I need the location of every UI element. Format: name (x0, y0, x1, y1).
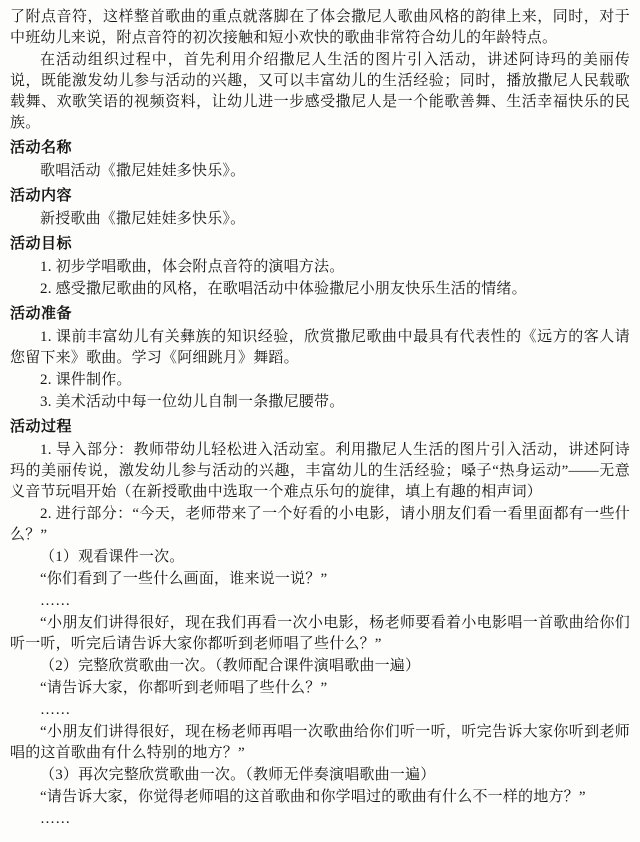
list-item: 2. 感受撒尼歌曲的风格，在歌唱活动中体验撒尼小朋友快乐生活的情绪。 (10, 279, 630, 300)
list-item: （3）再次完整欣赏歌曲一次。（教师无伴奏演唱歌曲一遍） (10, 765, 630, 786)
section-heading-activity-process: 活动过程 (10, 416, 630, 437)
dialogue-line: “你们看到了一些什么画面，谁来说一说？” (10, 569, 630, 590)
ellipsis-line: …… (10, 700, 630, 721)
list-item: （1）观看课件一次。 (10, 547, 630, 568)
paragraph: 新授歌曲《撒尼娃娃多快乐》。 (10, 209, 630, 230)
list-item: （2）完整欣赏歌曲一次。（教师配合课件演唱歌曲一遍） (10, 656, 630, 677)
list-item: 3. 美术活动中每一位幼儿自制一条撒尼腰带。 (10, 392, 630, 413)
document-page: 了附点音符，这样整首歌曲的重点就落脚在了体会撒尼人歌曲风格的韵律上来，同时，对于… (0, 0, 640, 842)
dialogue-line: “请告诉大家，你都听到老师唱了些什么？” (10, 678, 630, 699)
section-heading-activity-goals: 活动目标 (10, 233, 630, 254)
ellipsis-line: …… (10, 591, 630, 612)
ellipsis-line: …… (10, 809, 630, 830)
section-heading-activity-preparation: 活动准备 (10, 303, 630, 324)
dialogue-line: “小朋友们讲得很好，现在我们再看一次小电影，杨老师要看着小电影唱一首歌曲给你们听… (10, 613, 630, 655)
list-item: 1. 初步学唱歌曲，体会附点音符的演唱方法。 (10, 257, 630, 278)
list-item: 1. 课前丰富幼儿有关彝族的知识经验，欣赏撒尼歌曲中最具有代表性的《远方的客人请… (10, 327, 630, 369)
section-heading-activity-name: 活动名称 (10, 137, 630, 158)
paragraph: 在活动组织过程中，首先利用介绍撒尼人生活的图片引入活动，讲述阿诗玛的美丽传说，既… (10, 50, 630, 134)
paragraph: 歌唱活动《撒尼娃娃多快乐》。 (10, 161, 630, 182)
list-item: 2. 课件制作。 (10, 370, 630, 391)
list-item: 2. 进行部分：“今天，老师带来了一个好看的小电影，请小朋友们看一看里面都有一些… (10, 504, 630, 546)
paragraph: 了附点音符，这样整首歌曲的重点就落脚在了体会撒尼人歌曲风格的韵律上来，同时，对于… (10, 7, 630, 49)
section-heading-activity-content: 活动内容 (10, 185, 630, 206)
dialogue-line: “请告诉大家，你觉得老师唱的这首歌曲和你学唱过的歌曲有什么不一样的地方？” (10, 787, 630, 808)
list-item: 1. 导入部分：教师带幼儿轻松进入活动室。利用撒尼人生活的图片引入活动，讲述阿诗… (10, 440, 630, 503)
dialogue-line: “小朋友们讲得很好，现在杨老师再唱一次歌曲给你们听一听，听完告诉大家你听到老师唱… (10, 722, 630, 764)
